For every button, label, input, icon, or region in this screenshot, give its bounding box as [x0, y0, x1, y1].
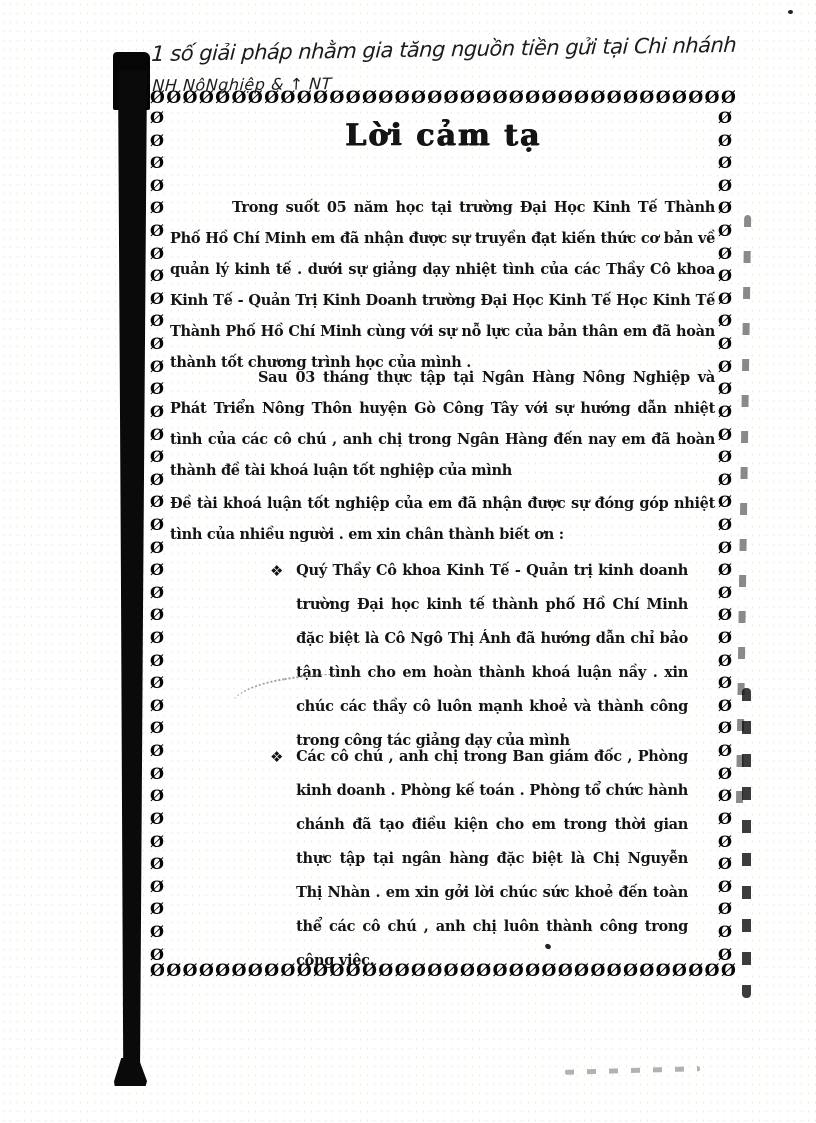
border-ornament-glyph: Ø — [718, 268, 736, 284]
border-ornament-glyph: Ø — [395, 90, 410, 110]
border-ornament-glyph: Ø — [232, 963, 247, 983]
border-ornament-glyph: Ø — [378, 90, 393, 110]
border-ornament-glyph: Ø — [150, 856, 168, 872]
border-ornament-glyph: Ø — [688, 90, 703, 110]
list-item-teachers: ❖ Quý Thầy Cô khoa Kinh Tế - Quản trị ki… — [270, 554, 688, 758]
border-ornament-glyph: Ø — [150, 788, 168, 804]
border-ornament-glyph: Ø — [718, 291, 736, 307]
border-ornament-glyph: Ø — [718, 404, 736, 420]
border-ornament-glyph: Ø — [150, 449, 168, 465]
border-ornament-glyph: Ø — [718, 901, 736, 917]
list-item-bank-staff: ❖ Các cô chú , anh chị trong Ban giám đố… — [270, 740, 688, 978]
border-ornament-glyph: Ø — [150, 901, 168, 917]
border-ornament-glyph: Ø — [718, 200, 736, 216]
border-ornament-glyph: Ø — [150, 766, 168, 782]
scan-speck — [788, 10, 793, 14]
page-title: Lời cảm tạ — [170, 118, 716, 153]
border-ornament-glyph: Ø — [718, 246, 736, 262]
ornament-border-top: ØØØØØØØØØØØØØØØØØØØØØØØØØØØØØØØØØØØØ — [150, 90, 736, 110]
border-ornament-glyph: Ø — [248, 90, 263, 110]
border-ornament-glyph: Ø — [590, 90, 605, 110]
border-ornament-glyph: Ø — [183, 963, 198, 983]
border-ornament-glyph: Ø — [183, 90, 198, 110]
border-ornament-glyph: Ø — [718, 675, 736, 691]
border-ornament-glyph: Ø — [525, 90, 540, 110]
border-ornament-glyph: Ø — [705, 90, 720, 110]
border-ornament-glyph: Ø — [150, 133, 168, 149]
border-ornament-glyph: Ø — [166, 90, 181, 110]
ink-bleed-marks-lower — [742, 688, 751, 998]
border-ornament-glyph: Ø — [718, 720, 736, 736]
border-ornament-glyph: Ø — [718, 879, 736, 895]
border-ornament-glyph: Ø — [313, 90, 328, 110]
border-ornament-glyph: Ø — [150, 178, 168, 194]
scanned-page: 1 số giải pháp nhằm gia tăng nguồn tiền … — [0, 0, 816, 1123]
border-ornament-glyph: Ø — [718, 607, 736, 623]
border-ornament-glyph: Ø — [150, 834, 168, 850]
border-ornament-glyph: Ø — [718, 766, 736, 782]
handwritten-note-line1: 1 số giải pháp nhằm gia tăng nguồn tiền … — [151, 33, 737, 66]
border-ornament-glyph: Ø — [718, 427, 736, 443]
border-ornament-glyph: Ø — [718, 947, 736, 963]
border-ornament-glyph: Ø — [718, 698, 736, 714]
border-ornament-glyph: Ø — [718, 381, 736, 397]
border-ornament-glyph: Ø — [623, 90, 638, 110]
border-ornament-glyph: Ø — [297, 90, 312, 110]
border-ornament-glyph: Ø — [718, 313, 736, 329]
border-ornament-glyph: Ø — [248, 963, 263, 983]
border-ornament-glyph: Ø — [150, 268, 168, 284]
border-ornament-glyph: Ø — [718, 449, 736, 465]
border-ornament-glyph: Ø — [718, 562, 736, 578]
diamond-bullet-icon: ❖ — [270, 554, 283, 758]
border-ornament-glyph: Ø — [718, 359, 736, 375]
border-ornament-glyph: Ø — [150, 947, 168, 963]
border-ornament-glyph: Ø — [150, 562, 168, 578]
border-ornament-glyph: Ø — [721, 90, 736, 110]
border-ornament-glyph: Ø — [329, 90, 344, 110]
border-ornament-glyph: Ø — [199, 90, 214, 110]
border-ornament-glyph: Ø — [718, 834, 736, 850]
border-ornament-glyph: Ø — [150, 427, 168, 443]
border-ornament-glyph: Ø — [444, 90, 459, 110]
border-ornament-glyph: Ø — [721, 963, 736, 983]
border-ornament-glyph: Ø — [656, 90, 671, 110]
border-ornament-glyph: Ø — [362, 90, 377, 110]
list-item-text: Các cô chú , anh chị trong Ban giám đốc … — [296, 740, 688, 978]
border-ornament-glyph: Ø — [150, 90, 165, 110]
border-ornament-glyph: Ø — [672, 90, 687, 110]
border-ornament-glyph: Ø — [150, 200, 168, 216]
border-ornament-glyph: Ø — [150, 743, 168, 759]
border-ornament-glyph: Ø — [215, 90, 230, 110]
paragraph-internship: Sau 03 tháng thực tập tại Ngân Hàng Nông… — [170, 362, 715, 486]
border-ornament-glyph: Ø — [150, 585, 168, 601]
border-ornament-glyph: Ø — [718, 517, 736, 533]
paragraph-thanks-intro: Đề tài khoá luận tốt nghiệp của em đã nh… — [170, 488, 715, 550]
border-ornament-glyph: Ø — [639, 90, 654, 110]
border-ornament-glyph: Ø — [718, 178, 736, 194]
border-ornament-glyph: Ø — [427, 90, 442, 110]
border-ornament-glyph: Ø — [718, 494, 736, 510]
border-ornament-glyph: Ø — [718, 336, 736, 352]
border-ornament-glyph: Ø — [150, 698, 168, 714]
border-ornament-glyph: Ø — [150, 472, 168, 488]
border-ornament-glyph: Ø — [607, 90, 622, 110]
border-ornament-glyph: Ø — [460, 90, 475, 110]
border-ornament-glyph: Ø — [150, 720, 168, 736]
border-ornament-glyph: Ø — [718, 472, 736, 488]
list-item-text: Quý Thầy Cô khoa Kinh Tế - Quản trị kinh… — [296, 554, 688, 758]
border-ornament-glyph: Ø — [150, 811, 168, 827]
border-ornament-glyph: Ø — [718, 155, 736, 171]
border-ornament-glyph: Ø — [718, 811, 736, 827]
border-ornament-glyph: Ø — [688, 963, 703, 983]
border-ornament-glyph: Ø — [150, 155, 168, 171]
border-ornament-glyph: Ø — [150, 110, 168, 126]
border-ornament-glyph: Ø — [150, 963, 165, 983]
border-ornament-glyph: Ø — [150, 336, 168, 352]
border-ornament-glyph: Ø — [509, 90, 524, 110]
border-ornament-glyph: Ø — [215, 963, 230, 983]
border-ornament-glyph: Ø — [232, 90, 247, 110]
scan-artifact-bar-foot — [114, 1058, 147, 1086]
border-ornament-glyph: Ø — [264, 90, 279, 110]
border-ornament-glyph: Ø — [718, 223, 736, 239]
border-ornament-glyph: Ø — [542, 90, 557, 110]
border-ornament-glyph: Ø — [199, 963, 214, 983]
border-ornament-glyph: Ø — [718, 630, 736, 646]
border-ornament-glyph: Ø — [493, 90, 508, 110]
border-ornament-glyph: Ø — [718, 653, 736, 669]
ornament-border-right: ØØØØØØØØØØØØØØØØØØØØØØØØØØØØØØØØØØØØØØ — [718, 110, 736, 963]
border-ornament-glyph: Ø — [150, 630, 168, 646]
border-ornament-glyph: Ø — [718, 788, 736, 804]
page-content: Lời cảm tạ Trong suốt 05 năm học tại trư… — [170, 114, 716, 954]
border-ornament-glyph: Ø — [150, 540, 168, 556]
border-ornament-glyph: Ø — [150, 313, 168, 329]
border-ornament-glyph: Ø — [150, 291, 168, 307]
border-ornament-glyph: Ø — [150, 359, 168, 375]
paragraph-study: Trong suốt 05 năm học tại trường Đại Học… — [170, 192, 715, 378]
border-ornament-glyph: Ø — [150, 653, 168, 669]
border-ornament-glyph: Ø — [150, 517, 168, 533]
border-ornament-glyph: Ø — [718, 585, 736, 601]
border-ornament-glyph: Ø — [476, 90, 491, 110]
border-ornament-glyph: Ø — [150, 879, 168, 895]
border-ornament-glyph: Ø — [150, 404, 168, 420]
border-ornament-glyph: Ø — [718, 133, 736, 149]
border-ornament-glyph: Ø — [718, 110, 736, 126]
border-ornament-glyph: Ø — [150, 246, 168, 262]
border-ornament-glyph: Ø — [150, 675, 168, 691]
border-ornament-glyph: Ø — [150, 223, 168, 239]
border-ornament-glyph: Ø — [150, 381, 168, 397]
border-ornament-glyph: Ø — [411, 90, 426, 110]
border-ornament-glyph: Ø — [718, 856, 736, 872]
border-ornament-glyph: Ø — [574, 90, 589, 110]
border-ornament-glyph: Ø — [705, 963, 720, 983]
border-ornament-glyph: Ø — [166, 963, 181, 983]
border-ornament-glyph: Ø — [718, 540, 736, 556]
border-ornament-glyph: Ø — [150, 494, 168, 510]
scan-noise-bottom — [565, 1066, 700, 1075]
scan-artifact-bar — [118, 70, 147, 1070]
diamond-bullet-icon: ❖ — [270, 740, 283, 978]
border-ornament-glyph: Ø — [150, 607, 168, 623]
border-ornament-glyph: Ø — [281, 90, 296, 110]
border-ornament-glyph: Ø — [558, 90, 573, 110]
border-ornament-glyph: Ø — [718, 743, 736, 759]
border-ornament-glyph: Ø — [718, 924, 736, 940]
ornament-border-left: ØØØØØØØØØØØØØØØØØØØØØØØØØØØØØØØØØØØØØØ — [150, 110, 168, 963]
border-ornament-glyph: Ø — [346, 90, 361, 110]
border-ornament-glyph: Ø — [150, 924, 168, 940]
